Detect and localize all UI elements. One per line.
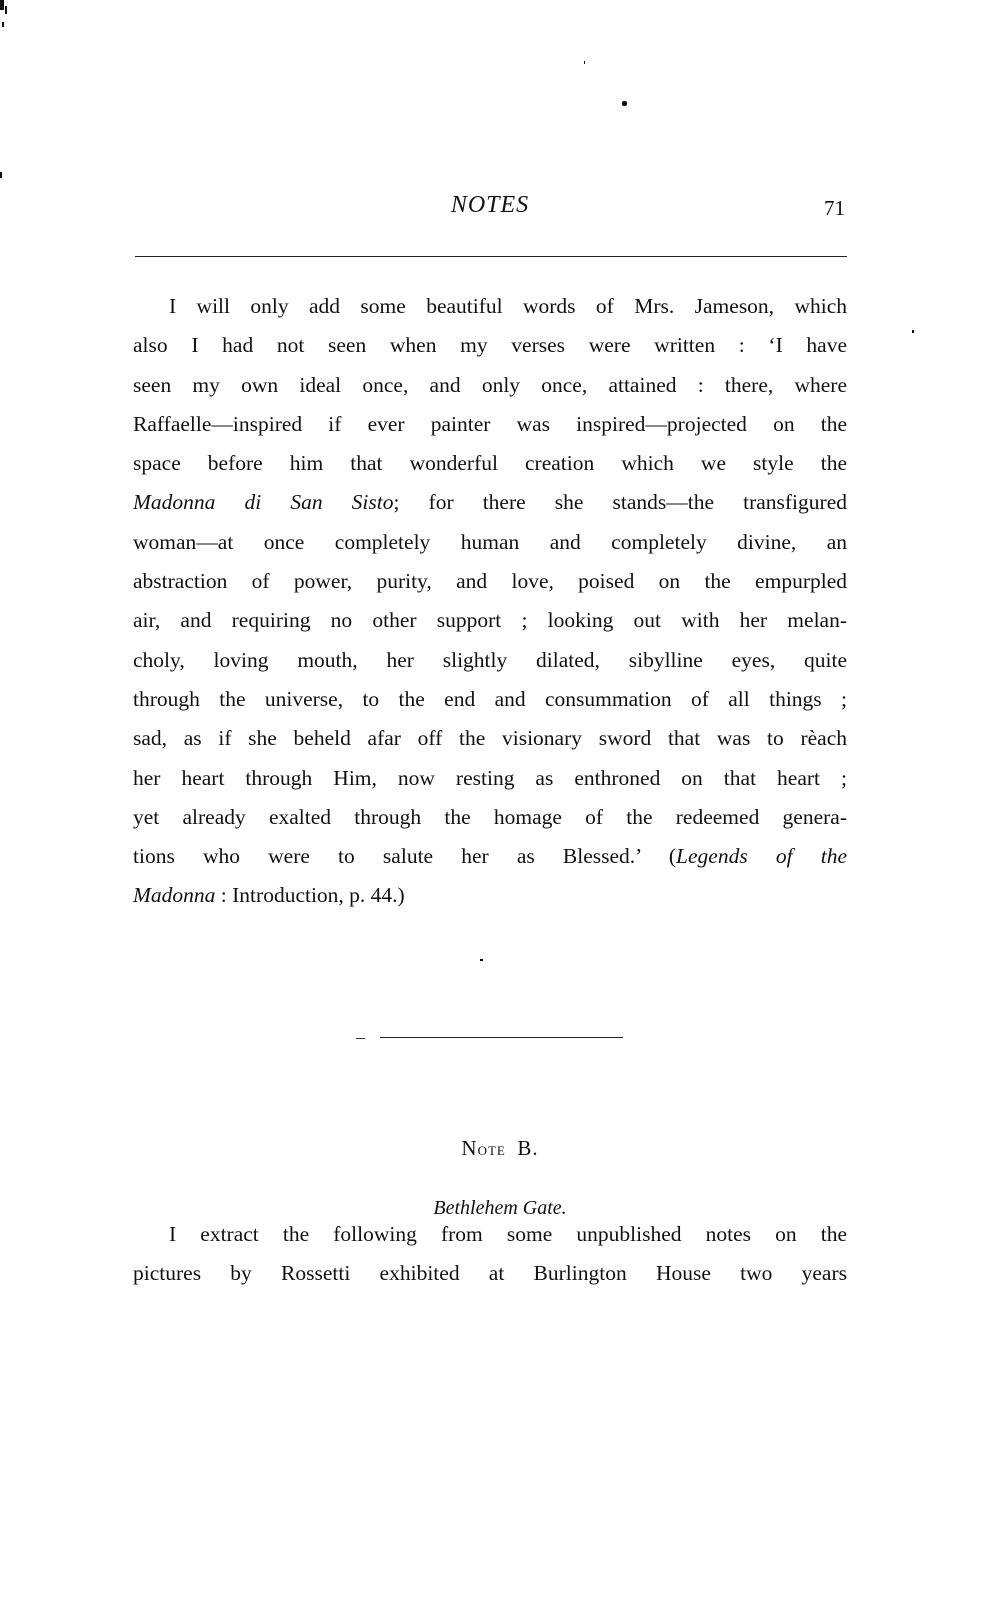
text-line: Madonna : Introduction, p. 44.) — [133, 876, 847, 915]
page-number: 71 — [824, 196, 845, 221]
text-line: also I had not seen when my verses were … — [133, 326, 847, 365]
text-line: pictures by Rossetti exhibited at Burlin… — [133, 1254, 847, 1293]
text-line: through the universe, to the end and con… — [133, 680, 847, 719]
scan-speck — [0, 0, 4, 10]
section-divider-dash — [356, 1038, 365, 1039]
text-line: Raffaelle—inspired if ever painter was i… — [133, 405, 847, 444]
header-rule — [135, 256, 847, 257]
scan-speck — [2, 22, 4, 27]
text-line: Madonna di San Sisto; for there she stan… — [133, 483, 847, 522]
citation-title: Legends of the — [676, 844, 847, 868]
scan-speck — [5, 6, 7, 14]
citation-title-cont: Madonna — [133, 883, 215, 907]
italic-title: Madonna di San Sisto — [133, 490, 393, 514]
scan-speck — [912, 330, 914, 333]
paragraph-jameson-quote: I will only add some beautiful words of … — [133, 287, 847, 916]
text-line: sad, as if she beheld afar off the visio… — [133, 719, 847, 758]
text-line: I extract the following from some unpubl… — [133, 1215, 847, 1254]
text-line: tions who were to salute her as Blessed.… — [133, 837, 847, 876]
text-line: air, and requiring no other support ; lo… — [133, 601, 847, 640]
running-title: NOTES — [135, 192, 845, 219]
text-line: yet already exalted through the homage o… — [133, 798, 847, 837]
text-line: seen my own ideal once, and only once, a… — [133, 366, 847, 405]
section-divider — [380, 1037, 623, 1038]
book-page: NOTES 71 I will only add some beautiful … — [0, 0, 1000, 1623]
text-line: woman—at once completely human and compl… — [133, 523, 847, 562]
text-line: space before him that wonderful creation… — [133, 444, 847, 483]
text-line: I will only add some beautiful words of … — [133, 287, 847, 326]
scan-speck — [584, 61, 585, 64]
scan-speck — [622, 101, 627, 106]
text-line: her heart through Him, now resting as en… — [133, 759, 847, 798]
scan-speck — [0, 172, 2, 178]
text-line: choly, loving mouth, her slightly dilate… — [133, 641, 847, 680]
paragraph-rossetti-notes: I extract the following from some unpubl… — [133, 1215, 847, 1294]
text-line: abstraction of power, purity, and love, … — [133, 562, 847, 601]
running-head: NOTES 71 — [135, 192, 845, 228]
note-heading: Note B. — [0, 1136, 1000, 1161]
scan-speck — [480, 959, 483, 961]
